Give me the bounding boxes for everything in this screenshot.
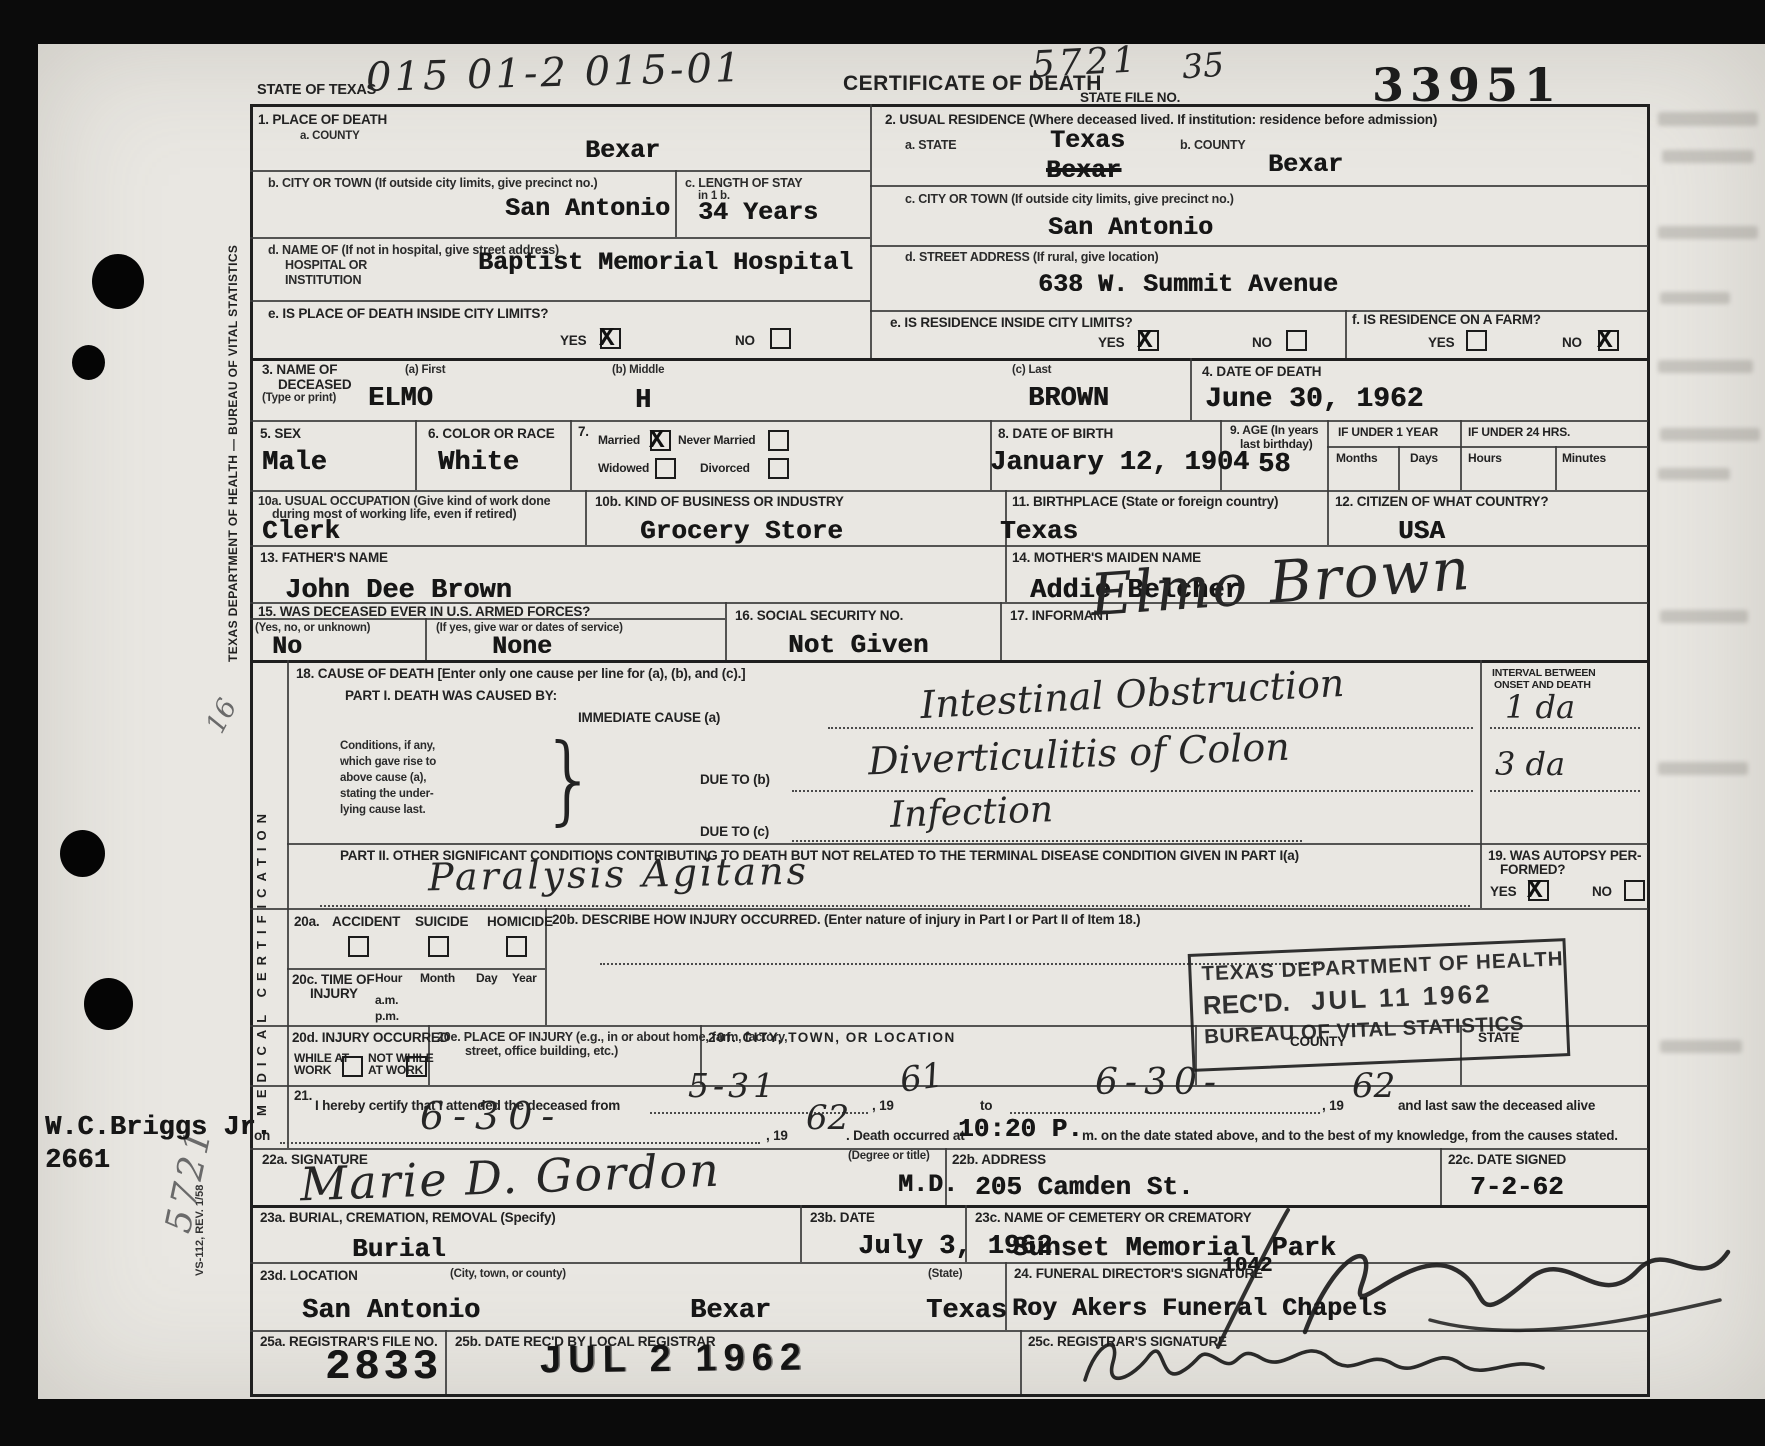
bleed-through bbox=[1660, 292, 1730, 304]
street-address-label: d. STREET ADDRESS (If rural, give locati… bbox=[905, 250, 1158, 264]
scanned-death-certificate: TEXAS DEPARTMENT OF HEALTH — BUREAU OF V… bbox=[0, 0, 1765, 1446]
residence-city-value: San Antonio bbox=[1048, 215, 1213, 240]
interval-b-handwritten: 3 da bbox=[1495, 745, 1565, 783]
received-stamp: TEXAS DEPARTMENT OF HEALTH REC'D. JUL 11… bbox=[1188, 938, 1571, 1072]
sex-value: Male bbox=[262, 450, 327, 477]
grid-line bbox=[250, 237, 870, 239]
form-border bbox=[1647, 104, 1650, 1396]
location-city-value: San Antonio bbox=[302, 1298, 480, 1325]
length-of-stay-value: 34 Years bbox=[698, 200, 818, 225]
autopsy-no-checkbox bbox=[1624, 880, 1645, 901]
place-city-limits-no-checkbox bbox=[770, 328, 791, 349]
first-name-label: (a) First bbox=[405, 364, 445, 377]
grid-line bbox=[287, 968, 545, 970]
citizen-label: 12. CITIZEN OF WHAT COUNTRY? bbox=[1335, 494, 1548, 509]
social-security-label: 16. SOCIAL SECURITY NO. bbox=[735, 608, 903, 623]
part2-handwritten: Paralysis Agitans bbox=[428, 849, 810, 900]
grid-line bbox=[415, 420, 417, 490]
certify-text-to: to bbox=[980, 1098, 992, 1113]
grid-line bbox=[250, 490, 1648, 492]
stamp-recd-label: REC'D. bbox=[1202, 987, 1290, 1021]
type-or-print-label: (Type or print) bbox=[262, 392, 336, 405]
date-signed-label: 22c. DATE SIGNED bbox=[1448, 1152, 1566, 1167]
hospital-name-label2: HOSPITAL OR bbox=[285, 258, 367, 272]
conditions-note-3: above cause (a), bbox=[340, 772, 426, 785]
funeral-director-label: 24. FUNERAL DIRECTOR'S SIGNATURE bbox=[1014, 1266, 1263, 1281]
widowed-label: Widowed bbox=[598, 462, 649, 475]
grid-line bbox=[1190, 358, 1192, 420]
married-checkbox bbox=[650, 430, 671, 451]
immediate-cause-label: IMMEDIATE CAUSE (a) bbox=[578, 710, 720, 725]
while-at-work-checkbox bbox=[342, 1056, 363, 1077]
address-label: 22b. ADDRESS bbox=[952, 1152, 1046, 1167]
business-industry-label: 10b. KIND OF BUSINESS OR INDUSTRY bbox=[595, 494, 844, 509]
widowed-checkbox bbox=[655, 458, 676, 479]
residence-farm-label: f. IS RESIDENCE ON A FARM? bbox=[1352, 312, 1541, 327]
certify-text-3: and last saw the deceased alive bbox=[1398, 1098, 1595, 1113]
brace-glyph: } bbox=[540, 723, 599, 835]
punch-hole bbox=[72, 345, 105, 380]
divorced-label: Divorced bbox=[700, 462, 750, 475]
length-of-stay-label: c. LENGTH OF STAY bbox=[685, 176, 802, 190]
scan-edge-top bbox=[0, 0, 1765, 44]
due-to-c-label: DUE TO (c) bbox=[700, 824, 769, 839]
age-label: 9. AGE (In years bbox=[1230, 424, 1318, 437]
birthplace-value: Texas bbox=[1000, 518, 1078, 544]
time-of-injury-label2: INJURY bbox=[310, 986, 358, 1001]
middle-name-value: H bbox=[635, 388, 651, 415]
city-town-location-label: 20f. CITY, TOWN, OR LOCATION bbox=[708, 1030, 956, 1045]
grid-line bbox=[1555, 446, 1557, 490]
never-married-label: Never Married bbox=[678, 434, 755, 447]
birthplace-label: 11. BIRTHPLACE (State or foreign country… bbox=[1012, 494, 1278, 509]
minutes-label: Minutes bbox=[1562, 452, 1606, 465]
hospital-value: Baptist Memorial Hospital bbox=[478, 250, 853, 275]
section-21-number: 21. bbox=[294, 1088, 312, 1103]
residence-city-label: c. CITY OR TOWN (If outside city limits,… bbox=[905, 192, 1234, 206]
grid-line bbox=[1480, 660, 1482, 908]
location-state-value: Texas bbox=[926, 1298, 1007, 1325]
printed-19-a: , 19 bbox=[872, 1098, 894, 1113]
year-label: Year bbox=[512, 972, 537, 985]
time-of-injury-label: 20c. TIME OF bbox=[292, 972, 374, 987]
grid-line bbox=[1020, 1330, 1022, 1394]
place-of-injury-label2: street, office building, etc.) bbox=[465, 1044, 618, 1058]
grid-line bbox=[1327, 420, 1329, 490]
bleed-through bbox=[1660, 428, 1760, 441]
burial-value: Burial bbox=[352, 1236, 446, 1262]
last-name-value: BROWN bbox=[1028, 386, 1109, 413]
name-of-deceased-label: 3. NAME OF bbox=[262, 362, 337, 377]
hospital-name-label3: INSTITUTION bbox=[285, 273, 361, 287]
scan-edge-bottom bbox=[0, 1399, 1765, 1446]
state-file-no-label: STATE FILE NO. bbox=[1080, 90, 1180, 105]
last-name-label: (c) Last bbox=[1012, 364, 1051, 377]
if-under-24-hrs-label: IF UNDER 24 HRS. bbox=[1468, 426, 1570, 439]
grid-line bbox=[585, 490, 587, 545]
grid-line bbox=[1005, 545, 1007, 602]
accident-checkbox bbox=[348, 936, 369, 957]
days-label: Days bbox=[1410, 452, 1438, 465]
conditions-note-2: which gave rise to bbox=[340, 756, 436, 769]
conditions-note-1: Conditions, if any, bbox=[340, 740, 435, 753]
yes-label: YES bbox=[560, 333, 586, 348]
residence-city-limits-yes-checkbox bbox=[1138, 330, 1159, 351]
address-value: 205 Camden St. bbox=[975, 1174, 1193, 1200]
burial-date-label: 23b. DATE bbox=[810, 1210, 875, 1225]
location-sub2: (State) bbox=[928, 1268, 962, 1281]
grid-line bbox=[250, 1085, 1648, 1087]
street-address-value: 638 W. Summit Avenue bbox=[1038, 272, 1338, 297]
usual-residence-title: 2. USUAL RESIDENCE (Where deceased lived… bbox=[885, 112, 1437, 127]
suicide-checkbox bbox=[428, 936, 449, 957]
death-date-handwritten: 6-30- bbox=[420, 1094, 563, 1138]
margin-briggs-name: W.C.Briggs Jr. bbox=[45, 1115, 272, 1142]
place-city-limits-label: e. IS PLACE OF DEATH INSIDE CITY LIMITS? bbox=[268, 306, 548, 321]
occupation-value: Clerk bbox=[262, 518, 340, 544]
date-of-birth-label: 8. DATE OF BIRTH bbox=[998, 426, 1113, 441]
grid-line bbox=[1440, 1148, 1442, 1205]
residence-state-value: Texas bbox=[1050, 128, 1125, 153]
grid-line bbox=[425, 618, 427, 660]
burial-cremation-label: 23a. BURIAL, CREMATION, REMOVAL (Specify… bbox=[260, 1210, 556, 1225]
margin-medical-certification-vertical-label: MEDICAL CERTIFICATION bbox=[254, 726, 269, 1116]
first-name-value: ELMO bbox=[368, 386, 433, 413]
form-border bbox=[250, 104, 253, 1396]
state-of-texas-label: STATE OF TEXAS bbox=[257, 82, 376, 98]
date-signed-value: 7-2-62 bbox=[1470, 1174, 1564, 1200]
residence-county-label: b. COUNTY bbox=[1180, 138, 1246, 152]
county-label: a. COUNTY bbox=[300, 130, 360, 143]
grid-line bbox=[250, 300, 870, 302]
grid-line bbox=[570, 420, 572, 490]
sex-label: 5. SEX bbox=[260, 426, 301, 441]
grid-line bbox=[800, 1205, 802, 1262]
location-sub1: (City, town, or county) bbox=[450, 1268, 566, 1281]
date-of-death-label: 4. DATE OF DEATH bbox=[1202, 364, 1321, 379]
residence-state-struck-value: Bexar bbox=[1046, 158, 1121, 183]
month-label: Month bbox=[420, 972, 455, 985]
yes-label: YES bbox=[1490, 884, 1516, 899]
autopsy-yes-checkbox bbox=[1528, 880, 1549, 901]
no-label: NO bbox=[735, 333, 755, 348]
bleed-through bbox=[1658, 112, 1758, 126]
grid-line bbox=[250, 908, 1648, 910]
residence-county-value: Bexar bbox=[1268, 152, 1343, 177]
place-county-value: Bexar bbox=[585, 138, 660, 163]
residence-city-limits-label: e. IS RESIDENCE INSIDE CITY LIMITS? bbox=[890, 315, 1133, 330]
time-of-death-value: 10:20 P. bbox=[958, 1116, 1083, 1142]
grid-line bbox=[250, 358, 1648, 361]
never-married-checkbox bbox=[768, 430, 789, 451]
fill-line bbox=[1490, 727, 1640, 729]
grid-line bbox=[287, 843, 1648, 845]
injury-occurred-label: 20d. INJURY OCCURRED bbox=[292, 1030, 449, 1045]
grid-line bbox=[675, 170, 677, 237]
certify-text-5: . Death occurred at bbox=[846, 1128, 965, 1143]
armed-forces-label: 15. WAS DECEASED EVER IN U.S. ARMED FORC… bbox=[258, 604, 590, 619]
city-or-town-label: b. CITY OR TOWN (If outside city limits,… bbox=[268, 176, 597, 190]
grid-line bbox=[445, 1330, 447, 1394]
grid-line bbox=[725, 602, 727, 660]
printed-19-b: , 19 bbox=[1322, 1098, 1344, 1113]
cause-c-handwritten: Infection bbox=[889, 789, 1053, 836]
local-registrar-date-stamp: JUL 2 1962 bbox=[540, 1337, 808, 1383]
yes-label: YES bbox=[1098, 335, 1124, 350]
printed-19-c: , 19 bbox=[766, 1128, 788, 1143]
punch-hole bbox=[60, 830, 105, 877]
handwritten-number-5721: 5721 bbox=[1031, 39, 1141, 86]
grid-line bbox=[1398, 446, 1400, 490]
handwritten-number-35: 35 bbox=[1181, 45, 1226, 87]
bleed-through bbox=[1658, 226, 1758, 239]
months-label: Months bbox=[1336, 452, 1377, 465]
fathers-name-label: 13. FATHER'S NAME bbox=[260, 550, 388, 565]
margin-department-vertical-label: TEXAS DEPARTMENT OF HEALTH — BUREAU OF V… bbox=[226, 262, 240, 662]
year-62-handwritten-a: 62 bbox=[1352, 1066, 1395, 1106]
bleed-through bbox=[1660, 610, 1748, 623]
date-of-death-value: June 30, 1962 bbox=[1205, 386, 1423, 414]
marital-status-label: 7. bbox=[578, 424, 589, 439]
fill-line bbox=[320, 905, 1470, 907]
suicide-label: SUICIDE bbox=[415, 914, 468, 929]
place-of-death-title: 1. PLACE OF DEATH bbox=[258, 112, 387, 127]
punch-hole bbox=[84, 978, 133, 1030]
fill-line bbox=[792, 840, 1302, 842]
armed-forces-service-value: None bbox=[492, 634, 552, 659]
degree-value: M.D. bbox=[898, 1172, 958, 1197]
place-city-value: San Antonio bbox=[505, 196, 670, 221]
grid-line bbox=[870, 185, 1648, 187]
grid-line bbox=[250, 660, 1648, 663]
scan-edge-left bbox=[0, 0, 38, 1446]
residence-city-limits-no-checkbox bbox=[1286, 330, 1307, 351]
race-value: White bbox=[438, 450, 519, 477]
stamp-date: JUL 11 1962 bbox=[1310, 978, 1493, 1016]
grid-line bbox=[1345, 310, 1347, 358]
cemetery-label: 23c. NAME OF CEMETERY OR CREMATORY bbox=[975, 1210, 1252, 1225]
residence-state-label: a. STATE bbox=[905, 138, 956, 152]
social-security-value: Not Given bbox=[788, 632, 928, 658]
grid-line bbox=[250, 420, 1648, 422]
punch-hole bbox=[92, 254, 144, 309]
residence-farm-yes-checkbox bbox=[1466, 330, 1487, 351]
certify-text-6: m. on the date stated above, and to the … bbox=[1082, 1128, 1618, 1143]
part1-label: PART I. DEATH WAS CAUSED BY: bbox=[345, 688, 557, 703]
bleed-through bbox=[1658, 468, 1730, 480]
fathers-name-value: John Dee Brown bbox=[285, 578, 512, 605]
age-value: 58 bbox=[1258, 452, 1290, 479]
margin-briggs-number: 2661 bbox=[45, 1148, 110, 1175]
grid-line bbox=[287, 660, 289, 1148]
interval-a-handwritten: 1 da bbox=[1505, 688, 1575, 726]
bleed-through bbox=[1660, 1040, 1742, 1053]
form-border bbox=[250, 104, 1650, 107]
day-label: Day bbox=[476, 972, 497, 985]
section-20a-label: 20a. bbox=[294, 914, 319, 929]
location-label: 23d. LOCATION bbox=[260, 1268, 358, 1283]
occupation-label: 10a. USUAL OCCUPATION (Give kind of work… bbox=[258, 494, 550, 508]
hours-label: Hours bbox=[1468, 452, 1502, 465]
no-label: NO bbox=[1592, 884, 1612, 899]
certify-text-on: on bbox=[254, 1128, 270, 1143]
bleed-through bbox=[1658, 762, 1748, 775]
year-61-handwritten: 61 bbox=[897, 1055, 945, 1101]
attended-from-handwritten: 5-31 bbox=[688, 1066, 778, 1105]
due-to-b-label: DUE TO (b) bbox=[700, 772, 770, 787]
not-while-at-work-checkbox bbox=[406, 1056, 427, 1077]
year-62-handwritten-b: 62 bbox=[806, 1098, 849, 1138]
interval-header-1: INTERVAL BETWEEN bbox=[1492, 668, 1596, 680]
residence-farm-no-checkbox bbox=[1598, 330, 1619, 351]
grid-line bbox=[1327, 490, 1329, 545]
describe-injury-label: 20b. DESCRIBE HOW INJURY OCCURRED. (Ente… bbox=[552, 912, 1140, 927]
fill-line bbox=[792, 790, 1473, 792]
accident-label: ACCIDENT bbox=[332, 914, 400, 929]
business-industry-value: Grocery Store bbox=[640, 518, 843, 544]
date-of-birth-value: January 12, 1904 bbox=[990, 450, 1249, 477]
registrar-file-no-value: 2833 bbox=[325, 1346, 442, 1388]
autopsy-label-1: 19. WAS AUTOPSY PER- bbox=[1488, 848, 1641, 863]
location-county-value: Bexar bbox=[690, 1298, 771, 1325]
pm-label: p.m. bbox=[375, 1010, 399, 1023]
hour-label: Hour bbox=[375, 972, 402, 985]
fill-line bbox=[1490, 790, 1640, 792]
homicide-label: HOMICIDE bbox=[487, 914, 553, 929]
while-at-work-label-2: WORK bbox=[294, 1064, 331, 1077]
conditions-note-4: stating the under- bbox=[340, 788, 434, 801]
bleed-through bbox=[1662, 150, 1754, 163]
conditions-note-5: lying cause last. bbox=[340, 804, 425, 817]
married-label: Married bbox=[598, 434, 640, 447]
degree-or-title-label: (Degree or title) bbox=[848, 1150, 930, 1163]
middle-name-label: (b) Middle bbox=[612, 364, 664, 377]
divorced-checkbox bbox=[768, 458, 789, 479]
am-label: a.m. bbox=[375, 994, 398, 1007]
grid-line bbox=[250, 170, 870, 172]
yes-label: YES bbox=[1428, 335, 1454, 350]
attended-to-handwritten: 6-30- bbox=[1095, 1062, 1223, 1103]
no-label: NO bbox=[1252, 335, 1272, 350]
cause-of-death-label: 18. CAUSE OF DEATH [Enter only one cause… bbox=[296, 666, 745, 681]
if-under-1-year-label: IF UNDER 1 YEAR bbox=[1338, 426, 1438, 439]
no-label: NO bbox=[1562, 335, 1582, 350]
color-or-race-label: 6. COLOR OR RACE bbox=[428, 426, 555, 441]
grid-line bbox=[250, 1148, 1648, 1150]
armed-forces-value: No bbox=[272, 634, 302, 659]
grid-line bbox=[870, 245, 1648, 247]
grid-line bbox=[870, 104, 872, 358]
grid-line bbox=[1000, 602, 1002, 660]
grid-line bbox=[1327, 446, 1648, 448]
grid-line bbox=[1460, 420, 1462, 490]
registrar-signature bbox=[1055, 1318, 1555, 1403]
place-city-limits-yes-checkbox bbox=[600, 328, 621, 349]
name-of-deceased-label2: DECEASED bbox=[278, 377, 351, 392]
bleed-through bbox=[1658, 360, 1753, 373]
homicide-checkbox bbox=[506, 936, 527, 957]
